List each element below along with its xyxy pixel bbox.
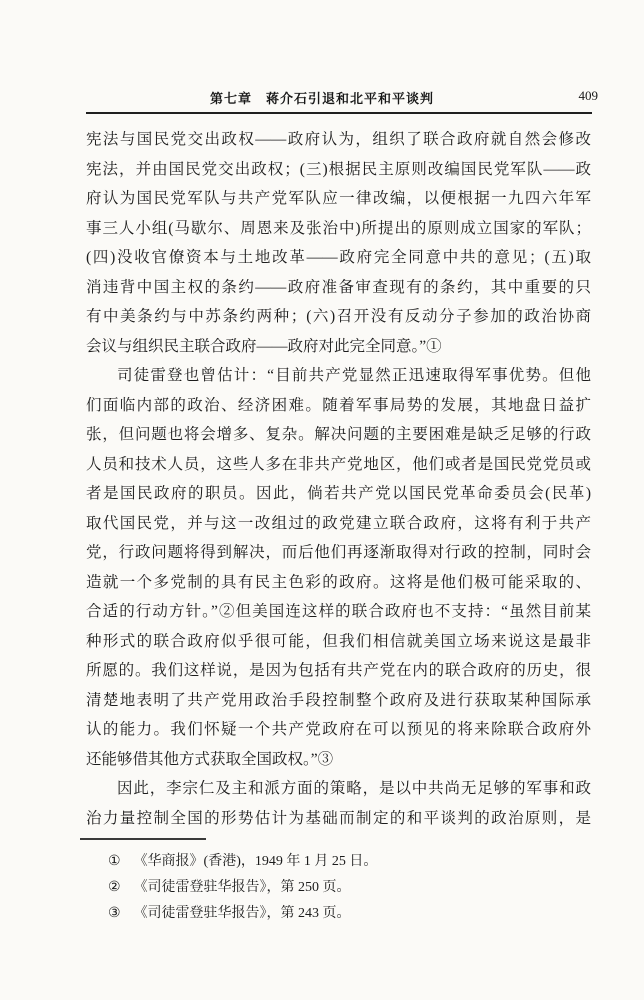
body-line: 还能够借其他方式获取全国政权。”③: [86, 745, 591, 775]
footnote-row: ③《司徒雷登驻华报告》，第 243 页。: [86, 901, 591, 927]
body-text: 宪法与国民党交出政权——政府认为，组织了联合政府就自然会修改宪法，并由国民党交出…: [86, 125, 591, 833]
body-line: 宪法与国民党交出政权——政府认为，组织了联合政府就自然会修改: [86, 125, 591, 155]
footnote-separator: [80, 838, 206, 840]
body-line: 府认为国民党军队与共产党军队应一律改编，以便根据一九四六年军: [86, 184, 591, 214]
body-line: 司徒雷登也曾估计：“目前共产党显然正迅速取得军事优势。但他: [86, 361, 591, 391]
body-line: 有中美条约与中苏条约两种；(六)召开没有反动分子参加的政治协商: [86, 302, 591, 332]
body-line: 因此，李宗仁及主和派方面的策略，是以中共尚无足够的军事和政: [86, 774, 591, 804]
body-line: 治力量控制全国的形势估计为基础而制定的和平谈判的政治原则，是: [86, 804, 591, 834]
body-line: 会议与组织民主联合政府——政府对此完全同意。”①: [86, 332, 591, 362]
footnote-marker: ①: [108, 849, 121, 875]
body-line: (四)没收官僚资本与土地改革——政府完全同意中共的意见；(五)取: [86, 243, 591, 273]
body-line: 们面临内部的政治、经济困难。随着军事局势的发展，其地盘日益扩: [86, 391, 591, 421]
header-rule: [86, 112, 592, 114]
running-header-chapter-title: 第七章 蒋介石引退和北平和平谈判: [0, 88, 644, 107]
footnote-row: ②《司徒雷登驻华报告》，第 250 页。: [86, 875, 591, 901]
body-line: 张，但问题也将会增多、复杂。解决问题的主要困难是缺乏足够的行政: [86, 420, 591, 450]
body-line: 所愿的。我们这样说，是因为包括有共产党在内的联合政府的历史，很: [86, 656, 591, 686]
book-page: 第七章 蒋介石引退和北平和平谈判 409 宪法与国民党交出政权——政府认为，组织…: [0, 0, 644, 1000]
footnote-row: ①《华商报》(香港)，1949 年 1 月 25 日。: [86, 849, 591, 875]
footnote-text: 《司徒雷登驻华报告》，第 243 页。: [134, 901, 591, 927]
body-line: 宪法，并由国民党交出政权；(三)根据民主原则改编国民党军队——政: [86, 155, 591, 185]
body-line: 种形式的联合政府似乎很可能，但我们相信就美国立场来说这是最非: [86, 627, 591, 657]
body-line: 党，行政问题将得到解决，而后他们再逐渐取得对行政的控制，同时会: [86, 538, 591, 568]
body-line: 事三人小组(马歇尔、周恩来及张治中)所提出的原则成立国家的军队；: [86, 214, 591, 244]
footnote-text: 《司徒雷登驻华报告》，第 250 页。: [134, 875, 591, 901]
page-number: 409: [579, 88, 599, 104]
body-line: 认的能力。我们怀疑一个共产党政府在可以预见的将来除联合政府外: [86, 715, 591, 745]
footnote-marker: ②: [108, 875, 121, 901]
body-line: 消违背中国主权的条约——政府准备审查现有的条约，其中重要的只: [86, 273, 591, 303]
body-line: 合适的行动方针。”②但美国连这样的联合政府也不支持：“虽然目前某: [86, 597, 591, 627]
body-line: 者是国民政府的职员。因此，倘若共产党以国民党革命委员会(民革): [86, 479, 591, 509]
footnotes: ①《华商报》(香港)，1949 年 1 月 25 日。②《司徒雷登驻华报告》，第…: [86, 849, 591, 927]
body-line: 清楚地表明了共产党用政治手段控制整个政府及进行获取某种国际承: [86, 686, 591, 716]
body-line: 造就一个多党制的具有民主色彩的政府。这将是他们极可能采取的、: [86, 568, 591, 598]
footnote-marker: ③: [108, 901, 121, 927]
body-line: 人员和技术人员，这些人多在非共产党地区，他们或者是国民党党员或: [86, 450, 591, 480]
footnote-text: 《华商报》(香港)，1949 年 1 月 25 日。: [134, 849, 591, 875]
body-line: 取代国民党，并与这一改组过的政党建立联合政府，这将有利于共产: [86, 509, 591, 539]
